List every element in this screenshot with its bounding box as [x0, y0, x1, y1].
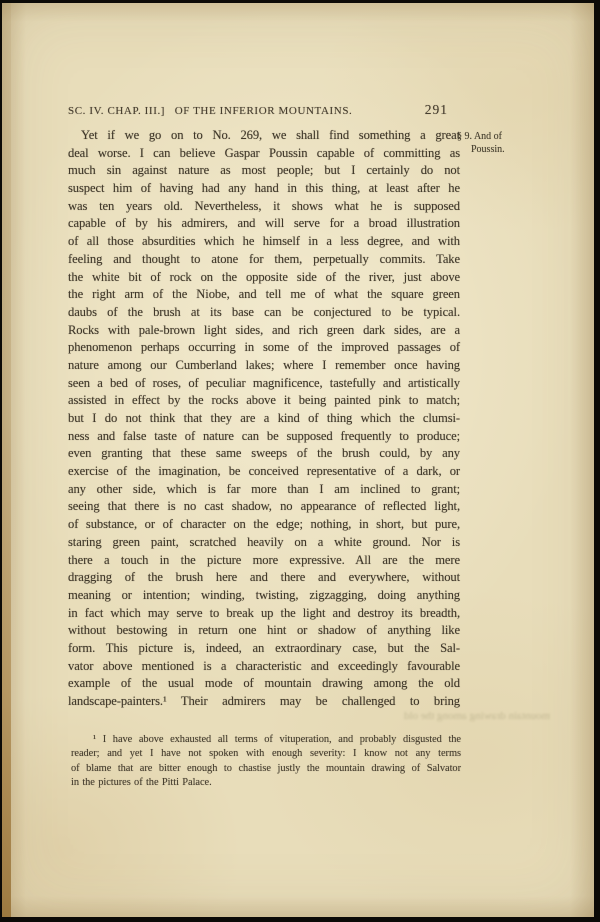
- body-line: exercise of the imagination, be conceive…: [68, 463, 460, 481]
- body-line: vator above mentioned is a characteristi…: [68, 658, 460, 676]
- footnote: ¹ I have above exhausted all terms of vi…: [71, 733, 461, 791]
- book-page-scan: SC. IV. CHAP. III.] OF THE INFERIOR MOUN…: [0, 0, 600, 922]
- running-head-title: OF THE INFERIOR MOUNTAINS.: [175, 105, 353, 117]
- body-line: landscape-painters.¹ Their admirers may …: [68, 693, 460, 711]
- page-number: 291: [425, 102, 448, 118]
- footnote-line: in the pictures of the Pitti Palace.: [71, 776, 461, 790]
- footnote-line: of blame that are bitter enough to chast…: [71, 762, 461, 776]
- body-line: example of the usual mode of mountain dr…: [68, 675, 460, 693]
- body-line: suspect him of having had any hand in th…: [68, 180, 460, 198]
- body-line: was ten years old. Nevertheless, it show…: [68, 198, 460, 216]
- body-line: much sin against nature as most people; …: [68, 162, 460, 180]
- body-line: meaning or intention; winding, twisting,…: [68, 587, 460, 605]
- body-line: the right arm of the Niobe, and tell me …: [68, 286, 460, 304]
- body-line: Yet if we go on to No. 269, we shall fin…: [68, 127, 460, 145]
- body-line: there a touch in the picture more expres…: [68, 552, 460, 570]
- page-binding-edge: [2, 0, 11, 922]
- scan-edge-left: [0, 0, 2, 922]
- body-line: feeling and thought to atone for them, p…: [68, 251, 460, 269]
- running-head: SC. IV. CHAP. III.] OF THE INFERIOR MOUN…: [68, 102, 452, 118]
- margin-note-line1: § 9. And of: [457, 130, 549, 143]
- body-line: of substance, or of character on the edg…: [68, 516, 460, 534]
- body-text: Yet if we go on to No. 269, we shall fin…: [68, 127, 460, 711]
- scan-edge-top: [0, 0, 600, 3]
- body-line: seen a bed of roses, of peculiar magnifi…: [68, 375, 460, 393]
- body-line: without bestowing in return one hint or …: [68, 622, 460, 640]
- body-line: ness and false taste of nature can be su…: [68, 428, 460, 446]
- body-line: of all those absurdities which he himsel…: [68, 233, 460, 251]
- body-line: seeing that there is no cast shadow, no …: [68, 498, 460, 516]
- body-line: nature among our Cumberland lakes; where…: [68, 357, 460, 375]
- margin-note: § 9. And of Poussin.: [457, 130, 549, 156]
- show-through-ghost-text: mountain drawing among the old: [285, 710, 550, 725]
- body-line: the white bit of rock on the opposite si…: [68, 269, 460, 287]
- footnote-line: ¹ I have above exhausted all terms of vi…: [71, 733, 461, 747]
- body-line: Rocks with pale-brown light sides, and r…: [68, 322, 460, 340]
- running-head-chapter: SC. IV. CHAP. III.]: [68, 105, 165, 117]
- body-line: assisted in effect by the rocks above it…: [68, 392, 460, 410]
- body-line: staring green paint, scratched heavily o…: [68, 534, 460, 552]
- body-line: any other side, which is far more than I…: [68, 481, 460, 499]
- margin-note-line2: Poussin.: [457, 143, 549, 156]
- body-line: form. This picture is, indeed, an extrao…: [68, 640, 460, 658]
- scan-edge-bottom: [0, 917, 600, 922]
- body-line: even granting that these same sweeps of …: [68, 445, 460, 463]
- body-line: daubs of the brush at its base can be co…: [68, 304, 460, 322]
- body-line: dragging of the brush here and there and…: [68, 569, 460, 587]
- body-line: capable of by his admirers, and will ser…: [68, 215, 460, 233]
- footnote-line: reader; and yet I have not spoken with e…: [71, 747, 461, 761]
- scan-edge-right: [594, 0, 600, 922]
- body-line: in fact which may serve to break up the …: [68, 605, 460, 623]
- body-line: deal worse. I can believe Gaspar Poussin…: [68, 145, 460, 163]
- body-line: but I do not think that they are a kind …: [68, 410, 460, 428]
- body-line: phenomenon perhaps occurring in some of …: [68, 339, 460, 357]
